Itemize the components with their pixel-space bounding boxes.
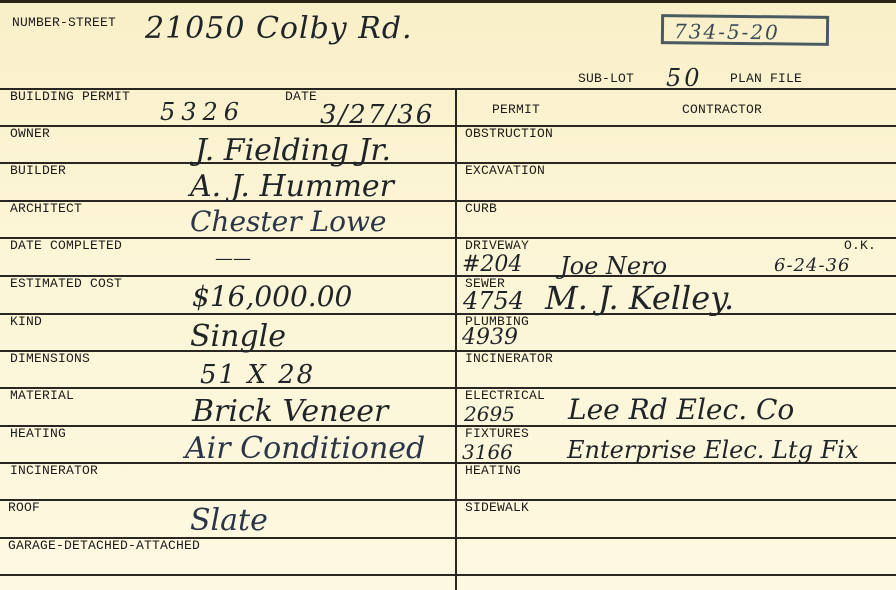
rule — [0, 162, 896, 164]
estimated-cost-value: $16,000.00 — [192, 283, 352, 311]
electrical-label: ELECTRICAL — [465, 389, 545, 403]
driveway-label: DRIVEWAY — [465, 239, 529, 253]
fixtures-label: FIXTURES — [465, 427, 529, 441]
date-value: 3/27/36 — [320, 102, 434, 128]
column-divider — [455, 88, 457, 590]
rule — [0, 313, 896, 315]
excavation-label: EXCAVATION — [465, 164, 545, 178]
plan-file-label: PLAN FILE — [730, 72, 802, 86]
architect-label: ARCHITECT — [10, 202, 82, 216]
electrical-permit-value: 2695 — [464, 404, 515, 424]
permit-card: NUMBER-STREET 21050 Colby Rd. 734-5-20 S… — [0, 0, 896, 590]
garage-label: GARAGE-DETACHED-ATTACHED — [8, 539, 200, 553]
rule — [0, 574, 896, 576]
ok-header: O.K. — [844, 239, 876, 253]
builder-value: A. J. Hummer — [190, 172, 394, 202]
plumbing-permit-value: 4939 — [462, 327, 518, 349]
rule — [0, 200, 896, 202]
builder-label: BUILDER — [10, 164, 66, 178]
heating-label: HEATING — [10, 427, 66, 441]
rule — [0, 350, 896, 352]
owner-label: OWNER — [10, 127, 50, 141]
incinerator-label: INCINERATOR — [10, 464, 98, 478]
sub-lot-label: SUB-LOT — [578, 72, 634, 86]
kind-label: KIND — [10, 315, 42, 329]
electrical-contractor-value: Lee Rd Elec. Co — [568, 396, 794, 424]
estimated-cost-label: ESTIMATED COST — [10, 277, 122, 291]
driveway-permit-value: #204 — [462, 254, 522, 276]
heating-permit-label: HEATING — [465, 464, 521, 478]
file-number-value: 734-5-20 — [674, 19, 780, 44]
file-number-stamp: 734-5-20 — [661, 14, 829, 46]
card-top-edge — [0, 0, 896, 3]
number-street-label: NUMBER-STREET — [12, 16, 116, 30]
rule — [0, 125, 896, 127]
incinerator-permit-label: INCINERATOR — [465, 352, 553, 366]
permit-header: PERMIT — [492, 103, 540, 117]
driveway-ok-value: 6-24-36 — [774, 257, 850, 275]
architect-value: Chester Lowe — [190, 208, 387, 236]
driveway-contractor-value: Joe Nero — [560, 254, 667, 278]
sidewalk-label: SIDEWALK — [465, 501, 529, 515]
obstruction-label: OBSTRUCTION — [465, 127, 553, 141]
date-completed-label: DATE COMPLETED — [10, 239, 122, 253]
fixtures-contractor-value: Enterprise Elec. Ltg Fix — [567, 438, 859, 462]
dimensions-value: 51 X 28 — [200, 362, 315, 388]
curb-label: CURB — [465, 202, 497, 216]
roof-value: Slate — [190, 506, 268, 536]
fixtures-permit-value: 3166 — [462, 442, 513, 462]
rule — [0, 387, 896, 389]
material-value: Brick Veneer — [192, 397, 388, 427]
date-completed-value: —— — [215, 250, 251, 268]
dimensions-label: DIMENSIONS — [10, 352, 90, 366]
kind-value: Single — [190, 322, 286, 352]
sub-lot-value: 50 — [666, 66, 703, 90]
date-label: DATE — [285, 90, 317, 104]
heating-value: Air Conditioned — [185, 434, 425, 464]
building-permit-label: BUILDING PERMIT — [10, 90, 130, 104]
rule — [0, 499, 896, 501]
sewer-permit-value: 4754 — [463, 289, 524, 313]
material-label: MATERIAL — [10, 389, 74, 403]
rule — [0, 88, 896, 90]
number-street-value: 21050 Colby Rd. — [145, 14, 413, 44]
building-permit-value: 5326 — [160, 100, 245, 124]
rule — [0, 237, 896, 239]
sewer-contractor-value: M. J. Kelley. — [545, 282, 734, 314]
roof-label: ROOF — [8, 501, 40, 515]
owner-value: J. Fielding Jr. — [195, 136, 391, 166]
contractor-header: CONTRACTOR — [682, 103, 762, 117]
rule — [0, 275, 896, 277]
